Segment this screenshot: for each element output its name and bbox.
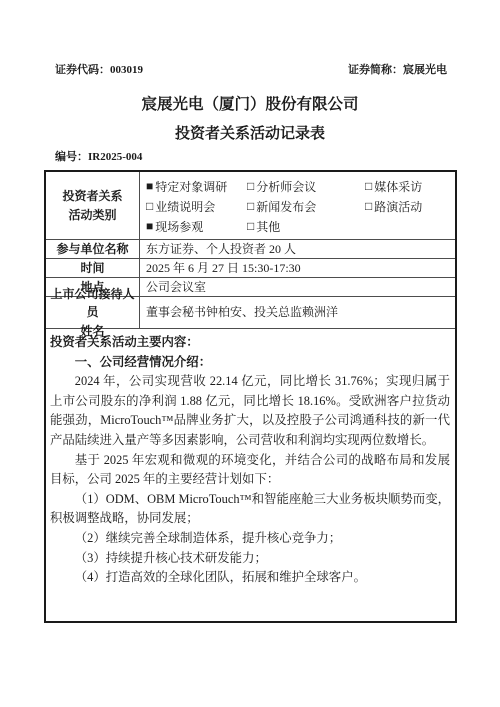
checkbox-label: 业绩说明会 — [155, 198, 215, 215]
activity-type-label-line1: 投资者关系 — [62, 187, 122, 206]
checkbox-option: □新闻发布会 — [247, 198, 365, 215]
checkbox-line: □业绩说明会 □新闻发布会 □路演活动 — [146, 197, 455, 215]
reception-row: 上市公司接待人员 姓名 董事会秘书钟柏安、投关总监赖洲洋 — [46, 297, 455, 329]
content-section-title: 一、公司经营情况介绍： — [50, 353, 450, 373]
checkbox-label: 现场参观 — [155, 218, 203, 235]
checkbox-unchecked-icon: □ — [365, 199, 372, 214]
participants-row: 参与单位名称 东方证券、个人投资者 20 人 — [46, 240, 455, 259]
doc-number: 编号：IR2025-004 — [55, 148, 142, 164]
checkbox-label: 路演活动 — [374, 198, 422, 215]
reception-label-line1: 上市公司接待人员 — [46, 285, 139, 322]
content-heading: 投资者关系活动主要内容： — [50, 333, 450, 353]
content-paragraph-plan-intro: 基于 2025 年宏观和微观的环境变化，并结合公司的战略布局和发展目标，公司 2… — [50, 451, 450, 490]
securities-meta-row: 证券代码：003019 证券简称：宸展光电 — [55, 61, 447, 77]
stock-abbr: 证券简称：宸展光电 — [348, 61, 447, 77]
plan-item-1: （1）ODM、OBM MicroTouch™和智能座舱三大业务板块顺势而变，积极… — [50, 490, 450, 529]
checkbox-label: 新闻发布会 — [256, 198, 316, 215]
stock-code: 证券代码：003019 — [55, 61, 143, 77]
content-paragraph-overview: 2024 年，公司实现营收 22.14 亿元，同比增长 31.76%；实现归属于… — [50, 372, 450, 450]
document-page: 证券代码：003019 证券简称：宸展光电 宸展光电（厦门）股份有限公司 投资者… — [0, 0, 500, 707]
checkbox-checked-icon: ■ — [146, 219, 153, 234]
checkbox-option: □分析师会议 — [247, 178, 365, 195]
checkbox-option: □路演活动 — [365, 198, 422, 215]
checkbox-unchecked-icon: □ — [247, 219, 254, 234]
checkbox-option: ■现场参观 — [146, 218, 247, 235]
checkbox-label: 分析师会议 — [256, 178, 316, 195]
location-value: 公司会议室 — [140, 278, 455, 296]
activity-type-row: 投资者关系 活动类别 ■特定对象调研 □分析师会议 □媒体采访 □业绩说明会 □… — [46, 172, 455, 240]
plan-item-2: （2）继续完善全球制造体系，提升核心竞争力； — [50, 529, 450, 549]
time-row: 时间 2025 年 6 月 27 日 15:30-17:30 — [46, 259, 455, 278]
checkbox-option: □业绩说明会 — [146, 198, 247, 215]
reception-label: 上市公司接待人员 姓名 — [46, 297, 140, 328]
activity-type-label-line2: 活动类别 — [68, 206, 116, 225]
activity-content-row: 投资者关系活动主要内容： 一、公司经营情况介绍： 2024 年，公司实现营收 2… — [46, 329, 455, 621]
reception-value: 董事会秘书钟柏安、投关总监赖洲洋 — [140, 297, 455, 328]
participants-value: 东方证券、个人投资者 20 人 — [140, 240, 455, 258]
checkbox-option: ■特定对象调研 — [146, 178, 247, 195]
checkbox-label: 媒体采访 — [374, 178, 422, 195]
checkbox-label: 特定对象调研 — [155, 178, 227, 195]
checkbox-unchecked-icon: □ — [247, 199, 254, 214]
activity-type-label: 投资者关系 活动类别 — [46, 172, 140, 239]
record-table: 投资者关系 活动类别 ■特定对象调研 □分析师会议 □媒体采访 □业绩说明会 □… — [44, 170, 457, 623]
checkbox-checked-icon: ■ — [146, 179, 153, 194]
checkbox-unchecked-icon: □ — [247, 179, 254, 194]
checkbox-option: □其他 — [247, 218, 280, 235]
checkbox-unchecked-icon: □ — [365, 179, 372, 194]
doc-title: 投资者关系活动记录表 — [0, 122, 500, 143]
checkbox-label: 其他 — [256, 218, 280, 235]
company-title: 宸展光电（厦门）股份有限公司 — [0, 92, 500, 114]
time-value: 2025 年 6 月 27 日 15:30-17:30 — [140, 259, 455, 277]
participants-label: 参与单位名称 — [46, 240, 140, 258]
plan-item-4: （4）打造高效的全球化团队，拓展和维护全球客户。 — [50, 568, 450, 588]
checkbox-line: ■现场参观 □其他 — [146, 217, 455, 235]
plan-item-3: （3）持续提升核心技术研发能力； — [50, 549, 450, 569]
checkbox-line: ■特定对象调研 □分析师会议 □媒体采访 — [146, 177, 455, 195]
time-label: 时间 — [46, 259, 140, 277]
activity-type-options: ■特定对象调研 □分析师会议 □媒体采访 □业绩说明会 □新闻发布会 □路演活动… — [140, 172, 455, 239]
checkbox-option: □媒体采访 — [365, 178, 422, 195]
checkbox-unchecked-icon: □ — [146, 199, 153, 214]
